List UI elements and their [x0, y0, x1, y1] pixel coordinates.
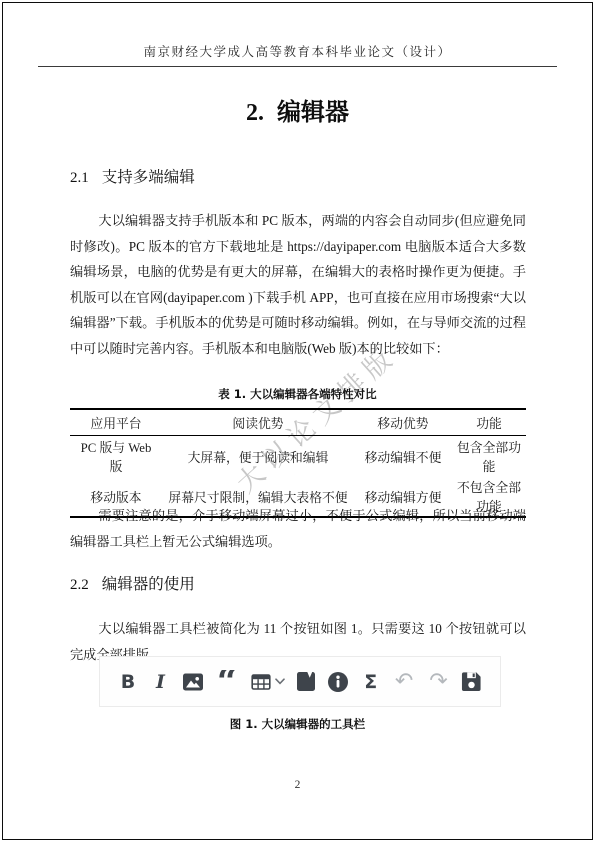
redo-icon: ↷ — [426, 669, 452, 695]
header-rule — [38, 66, 557, 67]
chapter-number: 2. — [246, 100, 264, 126]
col-header-platform: 应用平台 — [70, 409, 162, 436]
italic-icon: I — [148, 669, 172, 695]
table-row: PC 版与 Web 版 大屏幕，便于阅读和编辑 移动编辑不便 包含全部功能 — [70, 436, 526, 477]
save-icon — [460, 669, 484, 695]
undo-icon: ↶ — [391, 669, 417, 695]
chapter-title-text: 编辑器 — [277, 100, 349, 126]
section-number: 2.1 — [70, 170, 89, 187]
info-icon — [326, 669, 350, 695]
running-header: 南京财经大学成人高等教育本科毕业论文（设计） — [0, 42, 595, 60]
comparison-table: 应用平台 阅读优势 移动优势 功能 PC 版与 Web 版 大屏幕，便于阅读和编… — [70, 408, 526, 518]
table-caption: 表 1. 大以编辑器各端特性对比 — [0, 386, 595, 402]
table-insert-icon — [250, 669, 286, 695]
formula-sigma-icon: Σ — [359, 669, 383, 695]
section-number: 2.2 — [70, 577, 89, 594]
section-title-text: 编辑器的使用 — [102, 572, 195, 594]
chapter-title: 2.编辑器 — [0, 92, 595, 127]
bookmark-icon — [294, 669, 318, 695]
quote-icon: “ — [213, 670, 241, 694]
body-paragraph: 需要注意的是，介于移动端屏幕过小，不便于公式编辑，所以当前移动端编辑器工具栏上暂… — [70, 503, 526, 554]
cell-mobility: 移动编辑不便 — [354, 436, 452, 477]
table-header-row: 应用平台 阅读优势 移动优势 功能 — [70, 409, 526, 436]
section-title-text: 支持多端编辑 — [102, 165, 195, 187]
toolbar-figure-image: B I “ Σ ↶ ↷ — [99, 656, 501, 707]
cell-features: 包含全部功能 — [452, 436, 526, 477]
figure-caption: 图 1. 大以编辑器的工具栏 — [0, 716, 595, 732]
body-paragraph: 大以编辑器支持手机版本和 PC 版本，两端的内容会自动同步(但应避免同时修改)。… — [70, 208, 526, 362]
col-header-reading: 阅读优势 — [162, 409, 354, 436]
bold-icon: B — [116, 669, 140, 695]
section-heading-2-1: 2.1支持多端编辑 — [70, 165, 195, 187]
section-heading-2-2: 2.2编辑器的使用 — [70, 572, 195, 594]
cell-reading: 大屏幕，便于阅读和编辑 — [162, 436, 354, 477]
cell-platform: PC 版与 Web 版 — [70, 436, 162, 477]
image-icon — [181, 669, 205, 695]
chevron-down-icon — [275, 678, 285, 685]
col-header-mobility: 移动优势 — [354, 409, 452, 436]
page-number: 2 — [0, 779, 595, 791]
table-grid-icon — [251, 672, 271, 692]
document-page: 南京财经大学成人高等教育本科毕业论文（设计） 大以论文排版 2.编辑器 2.1支… — [0, 0, 595, 842]
col-header-features: 功能 — [452, 409, 526, 436]
